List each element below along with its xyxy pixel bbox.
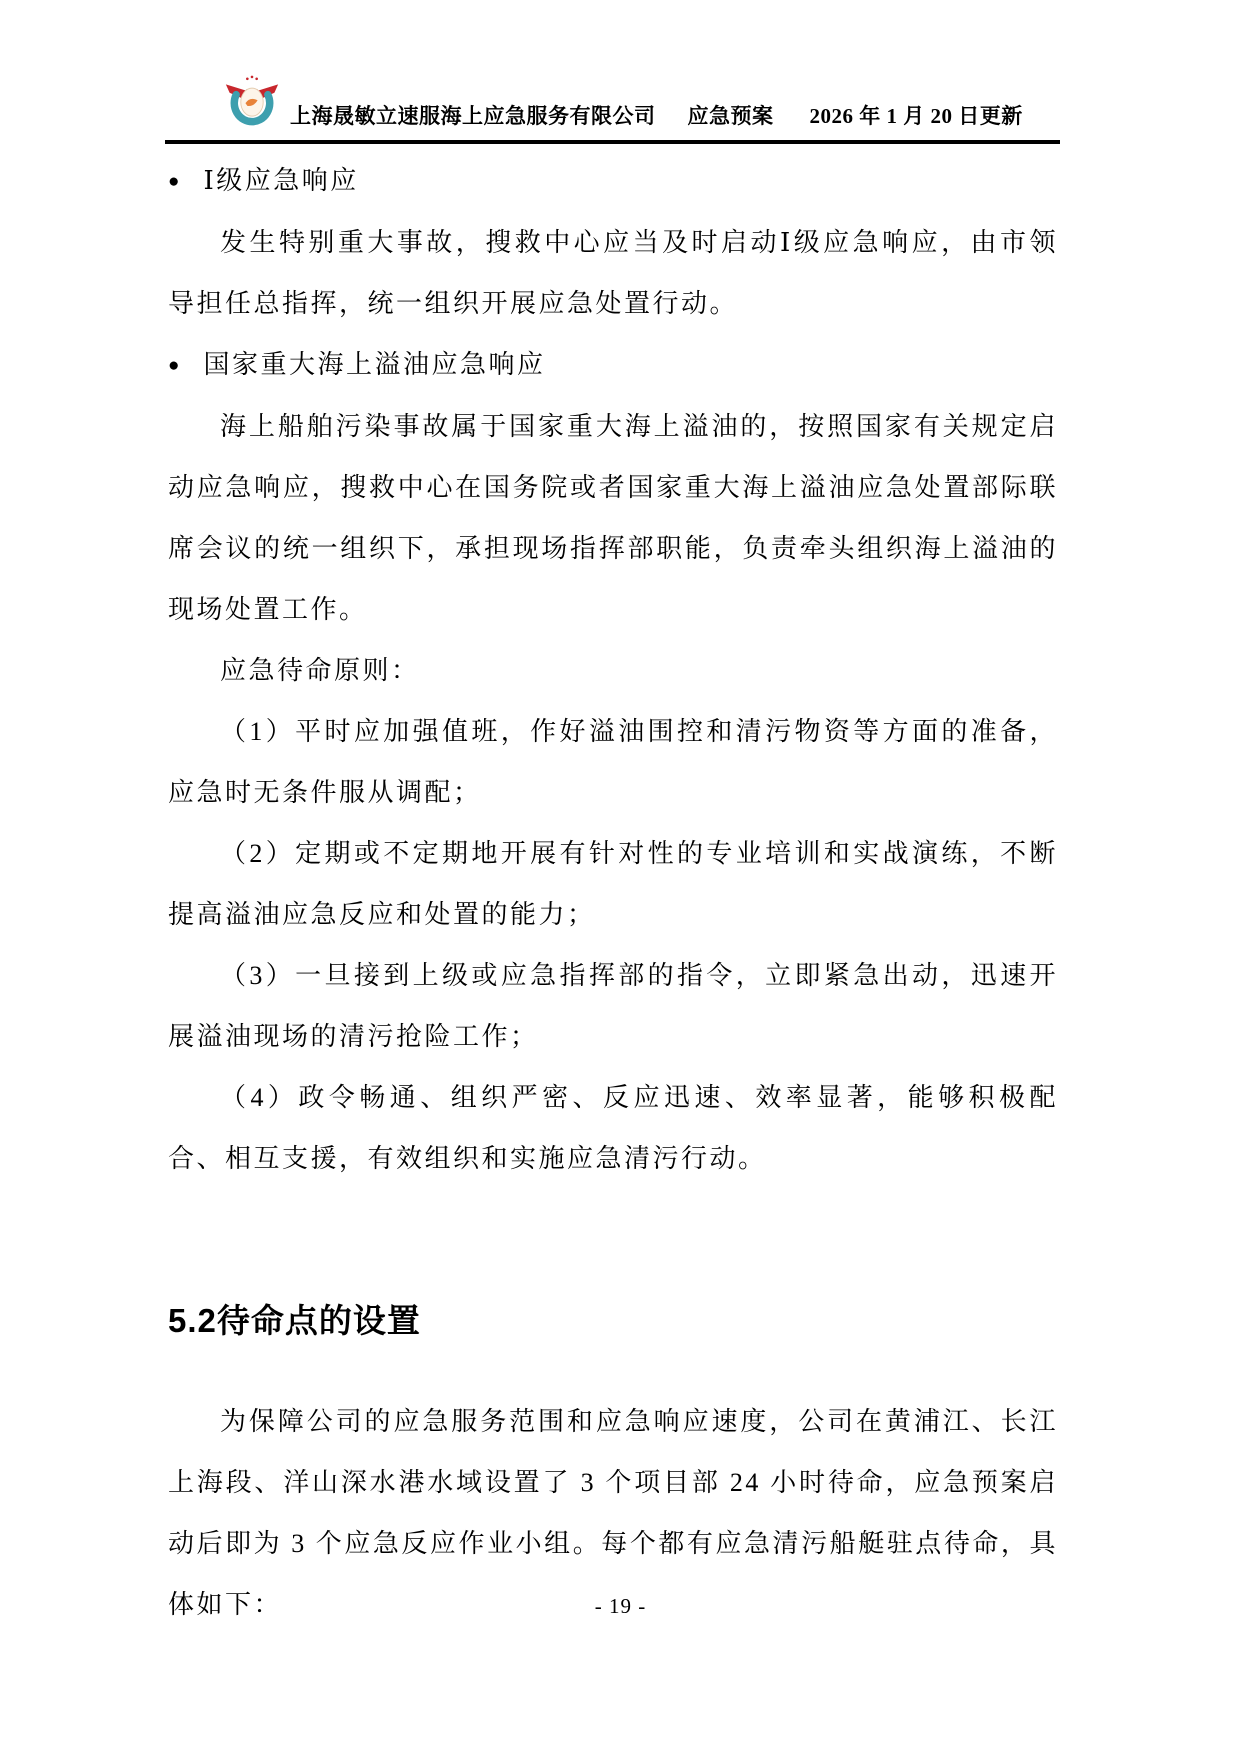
paragraph-national-spill-response: 海上船舶污染事故属于国家重大海上溢油的，按照国家有关规定启动应急响应，搜救中心在… (168, 396, 1058, 640)
bullet-item-national-spill-response: ●国家重大海上溢油应急响应 (168, 334, 1058, 396)
company-logo-icon (224, 72, 280, 136)
doc-type-label: 应急预案 (688, 104, 774, 128)
standby-principles-label: 应急待命原则： (168, 640, 1058, 701)
principle-1: （1）平时应加强值班，作好溢油围控和清污物资等方面的准备，应急时无条件服从调配； (168, 701, 1058, 823)
bullet-title: Ⅰ级应急响应 (203, 166, 358, 195)
update-date: 2026 年 1 月 20 日更新 (810, 104, 1023, 128)
header-title-row: 上海晟敏立速服海上应急服务有限公司应急预案2026 年 1 月 20 日更新 (290, 100, 1023, 130)
bullet-icon: ● (168, 335, 179, 396)
document-body: ●Ⅰ级应急响应 发生特别重大事故，搜救中心应当及时启动Ⅰ级应急响应，由市领导担任… (168, 150, 1058, 1635)
principle-2: （2）定期或不定期地开展有针对性的专业培训和实战演练，不断提高溢油应急反应和处置… (168, 823, 1058, 945)
page-footer: - 19 - (0, 1594, 1241, 1619)
company-name: 上海晟敏立速服海上应急服务有限公司 (290, 104, 656, 128)
principle-3: （3）一旦接到上级或应急指挥部的指令，立即紧急出动，迅速开展溢油现场的清污抢险工… (168, 945, 1058, 1067)
principle-4: （4）政令畅通、组织严密、反应迅速、效率显著，能够积极配合、相互支援，有效组织和… (168, 1067, 1058, 1189)
bullet-item-level1-response: ●Ⅰ级应急响应 (168, 150, 1058, 212)
bullet-title: 国家重大海上溢油应急响应 (203, 350, 545, 379)
page-header: 上海晟敏立速服海上应急服务有限公司应急预案2026 年 1 月 20 日更新 (224, 72, 1023, 136)
page-number: - 19 - (595, 1594, 647, 1618)
document-page: 上海晟敏立速服海上应急服务有限公司应急预案2026 年 1 月 20 日更新 ●… (0, 0, 1241, 1754)
paragraph-level1-response: 发生特别重大事故，搜救中心应当及时启动Ⅰ级应急响应，由市领导担任总指挥，统一组织… (168, 212, 1058, 334)
bullet-icon: ● (168, 151, 179, 212)
header-divider (165, 140, 1060, 144)
section-heading-5-2: 5.2待命点的设置 (168, 1299, 1058, 1343)
